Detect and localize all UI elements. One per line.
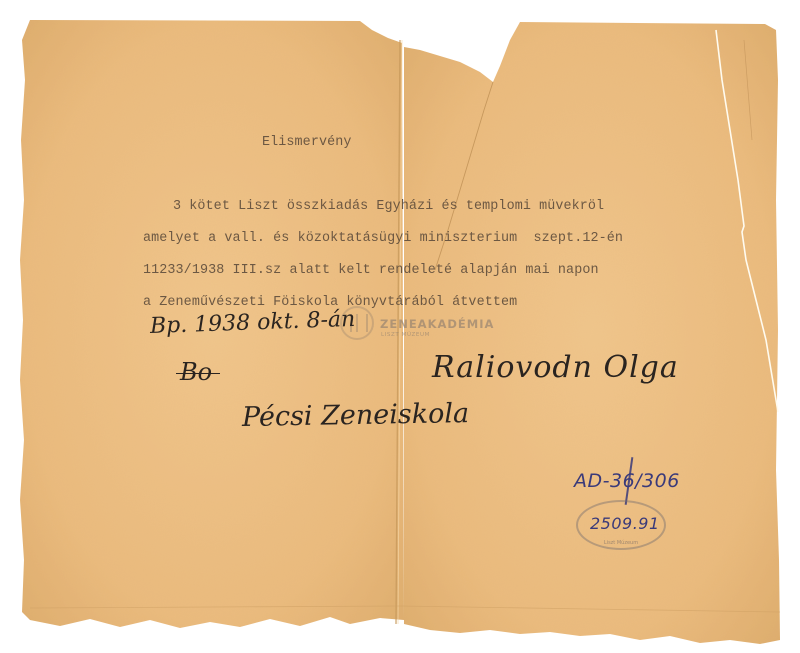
archive-call-number: AD-36/306 (574, 470, 680, 492)
handwritten-institution: Pécsi Zeneiskola (242, 398, 470, 433)
crossed-out-initial: Bo (180, 358, 212, 386)
scanned-document: Elismervény 3 kötet Liszt összkiadás Egy… (0, 0, 800, 653)
body-line-3: 11233/1938 III.sz alatt kelt rendeleté a… (143, 263, 599, 278)
document-title: Elismervény (262, 135, 352, 150)
signature: Raliovodn Olga (432, 350, 679, 385)
watermark-subtitle: LISZT MÚZEUM (381, 332, 430, 338)
body-line-2: amelyet a vall. és közoktatásügyi minisz… (143, 231, 623, 246)
paper-right-half (404, 22, 780, 644)
body-line-1: 3 kötet Liszt összkiadás Egyházi és temp… (173, 199, 604, 214)
inventory-number: 2509.91 (590, 514, 660, 533)
watermark-name: ZENEAKADÉMIA (380, 317, 494, 331)
oval-stamp-caption: Liszt Múzeum (578, 540, 664, 546)
